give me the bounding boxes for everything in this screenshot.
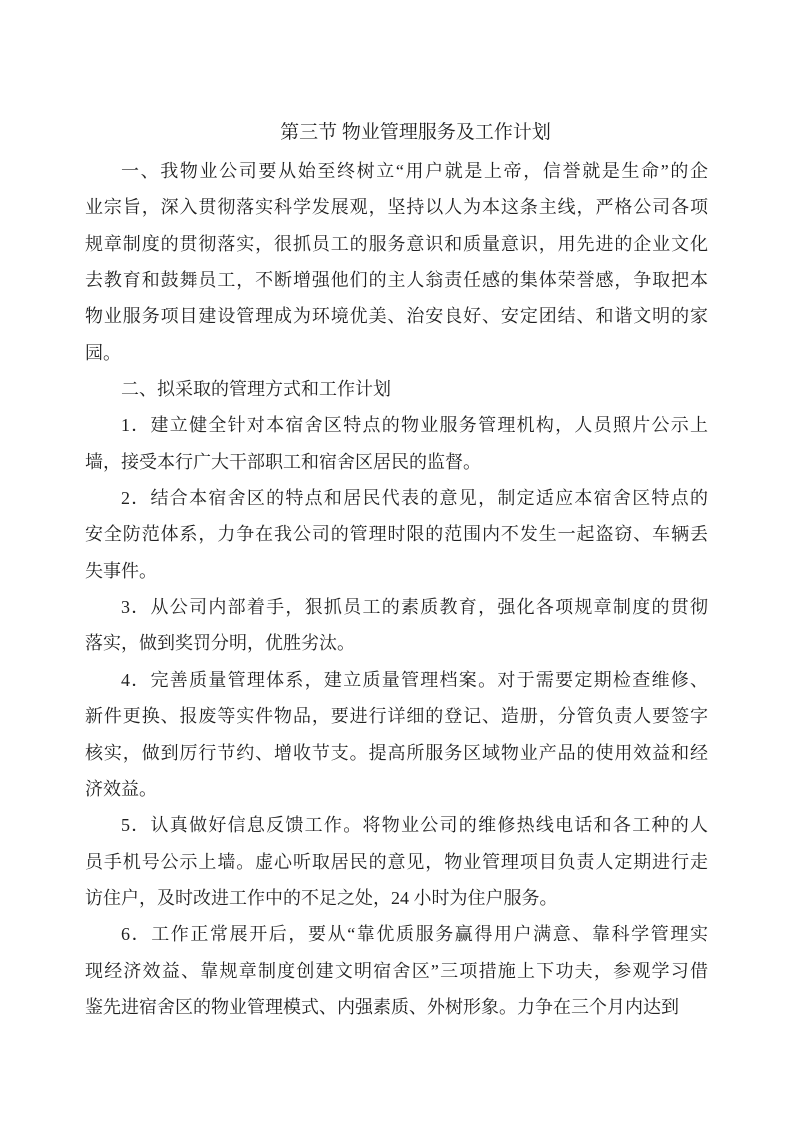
paragraph-line: 一、我物业公司要从始至终树立“用户就是上帝，信誉就是生命”的企 — [85, 153, 708, 189]
section-title: 第三节 物业管理服务及工作计划 — [85, 113, 708, 153]
paragraph-line: 4．完善质量管理体系，建立质量管理档案。对于需要定期检查维修、 — [85, 662, 708, 698]
paragraph-line: 核实，做到厉行节约、增收节支。提高所服务区域物业产品的使用效益和经 — [85, 735, 708, 771]
paragraph-line: 6．工作正常展开后，要从“靠优质服务赢得用户满意、靠科学管理实 — [85, 916, 708, 952]
paragraph-line: 落实，做到奖罚分明，优胜劣汰。 — [85, 625, 708, 661]
paragraph-line: 失事件。 — [85, 553, 708, 589]
paragraph-line: 物业服务项目建设管理成为环境优美、治安良好、安定团结、和谐文明的家 — [85, 298, 708, 334]
paragraph-line: 员手机号公示上墙。虚心听取居民的意见，物业管理项目负责人定期进行走 — [85, 844, 708, 880]
document-page: 第三节 物业管理服务及工作计划 一、我物业公司要从始至终树立“用户就是上帝，信誉… — [0, 0, 793, 1122]
paragraph-line: 去教育和鼓舞员工，不断增强他们的主人翁责任感的集体荣誉感，争取把本 — [85, 262, 708, 298]
paragraph-line: 安全防范体系，力争在我公司的管理时限的范围内不发生一起盗窃、车辆丢 — [85, 516, 708, 552]
paragraph-line: 二、拟采取的管理方式和工作计划 — [85, 371, 708, 407]
paragraph-line: 新件更换、报废等实件物品，要进行详细的登记、造册，分管负责人要签字 — [85, 698, 708, 734]
paragraph-line: 1．建立健全针对本宿舍区特点的物业服务管理机构，人员照片公示上 — [85, 407, 708, 443]
paragraph-line: 5．认真做好信息反馈工作。将物业公司的维修热线电话和各工种的人 — [85, 807, 708, 843]
paragraph-line: 业宗旨，深入贯彻落实科学发展观，坚持以人为本这条主线，严格公司各项 — [85, 189, 708, 225]
paragraph-line: 鉴先进宿舍区的物业管理模式、内强素质、外树形象。力争在三个月内达到 — [85, 989, 708, 1025]
paragraph-line: 2．结合本宿舍区的特点和居民代表的意见，制定适应本宿舍区特点的 — [85, 480, 708, 516]
paragraph-line: 济效益。 — [85, 771, 708, 807]
paragraph-line: 规章制度的贯彻落实，很抓员工的服务意识和质量意识，用先进的企业文化 — [85, 226, 708, 262]
paragraph-line: 现经济效益、靠规章制度创建文明宿舍区”三项措施上下功夫，参观学习借 — [85, 953, 708, 989]
paragraph-container: 一、我物业公司要从始至终树立“用户就是上帝，信誉就是生命”的企业宗旨，深入贯彻落… — [85, 153, 708, 1025]
paragraph-line: 园。 — [85, 335, 708, 371]
paragraph-line: 3．从公司内部着手，狠抓员工的素质教育，强化各项规章制度的贯彻 — [85, 589, 708, 625]
document-body: 第三节 物业管理服务及工作计划 一、我物业公司要从始至终树立“用户就是上帝，信誉… — [85, 113, 708, 1025]
paragraph-line: 墙，接受本行广大干部职工和宿舍区居民的监督。 — [85, 444, 708, 480]
paragraph-line: 访住户，及时改进工作中的不足之处，24 小时为住户服务。 — [85, 880, 708, 916]
